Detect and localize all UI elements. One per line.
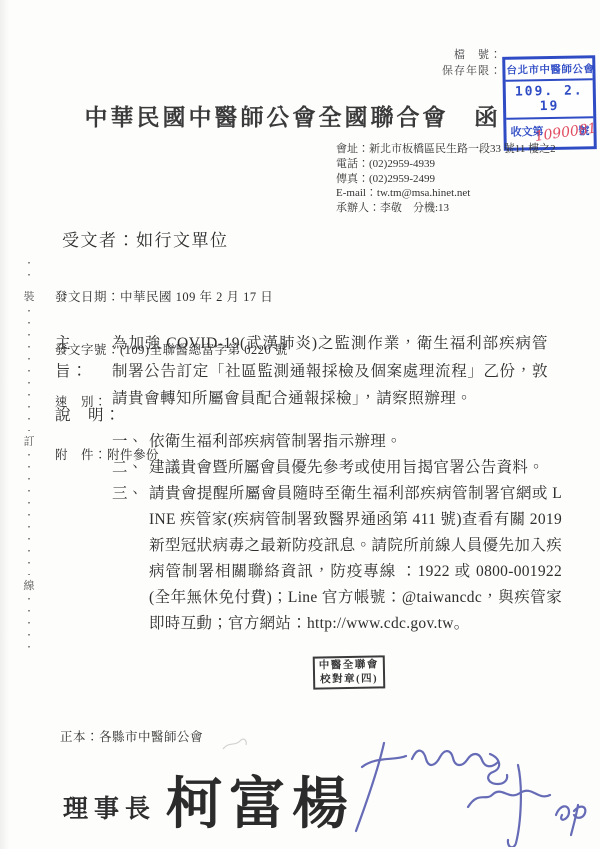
explanation-items: 一、 依衛生福利部疾病管制署指示辦理。 二、 建議貴會暨所屬會員優先參考或使用旨…: [112, 429, 562, 637]
item-number: 二、: [112, 455, 149, 481]
binding-mark-ding: 訂: [21, 431, 37, 451]
explanation-label: 說 明：: [55, 403, 121, 425]
item-text: 建議貴會暨所屬會員優先參考或使用旨揭官署公告資料。: [149, 455, 562, 481]
item-number: 一、: [112, 429, 149, 455]
binding-mark-xian: 線: [21, 575, 37, 595]
explanation-item-1: 一、 依衛生福利部疾病管制署指示辦理。: [112, 429, 562, 455]
explanation-item-3: 三、 請貴會提醒所屬會員隨時至衛生福利部疾病管制署官網或 LINE 疾管家(疾病…: [112, 481, 562, 637]
scanned-official-letter: 裝 訂 線 檔 號： 保存年限： 台北市中醫師公會 109. 2. 19 收文第…: [0, 0, 600, 849]
retention-label: 保存年限：: [408, 63, 502, 79]
copy-to-line: 正本：各縣市中醫師公會: [60, 727, 203, 745]
contact-block: 會址：新北市板橋區民生路一段33 號11 樓之2 電話：(02)2959-493…: [336, 142, 556, 216]
handwritten-annotation: [350, 735, 598, 847]
explanation-item-2: 二、 建議貴會暨所屬會員優先參考或使用旨揭官署公告資料。: [112, 455, 562, 481]
contact-email: E-mail：tw.tm@msa.hinet.net: [336, 186, 556, 201]
contact-fax: 傳真：(02)2959-2499: [336, 172, 556, 187]
proofreading-stamp-line1: 中醫全聯會: [319, 658, 379, 673]
signature-title: 理事長: [63, 789, 156, 825]
item-number: 三、: [112, 481, 149, 637]
issue-date-line: 發文日期：中華民國 109 年 2 月 17 日: [55, 289, 288, 307]
contact-handler: 承辦人：李敬 分機:13: [336, 201, 556, 216]
received-stamp-org: 台北市中醫師公會: [505, 58, 592, 82]
chairman-signature-name: 柯富楊: [166, 760, 355, 840]
subject-text: 為加強 COVID-19(武漢肺炎)之監測作業，衛生福利部疾病管制署公告訂定「社…: [112, 330, 548, 413]
recipient-line: 受文者：如行文單位: [62, 226, 229, 251]
archive-labels: 檔 號： 保存年限：: [408, 47, 502, 79]
contact-address: 會址：新北市板橋區民生路一段33 號11 樓之2: [336, 142, 556, 157]
signature-block: 理事長 柯富楊: [63, 760, 355, 840]
proofreading-stamp-line2: 校對章(四): [319, 672, 379, 687]
contact-phone: 電話：(02)2959-4939: [336, 157, 556, 172]
binding-mark-zhuang: 裝: [21, 286, 37, 306]
item-text: 依衛生福利部疾病管制署指示辦理。: [149, 429, 562, 455]
subject-row: 主 旨： 為加強 COVID-19(武漢肺炎)之監測作業，衛生福利部疾病管制署公…: [55, 330, 548, 413]
faint-pencil-mark: [220, 737, 250, 755]
proofreading-stamp: 中醫全聯會 校對章(四): [313, 655, 386, 689]
subject-label: 主 旨：: [55, 330, 112, 413]
document-title: 中華民國中醫師公會全國聯合會 函: [0, 99, 585, 132]
archive-no-label: 檔 號：: [408, 47, 502, 63]
item-text: 請貴會提醒所屬會員隨時至衛生福利部疾病管制署官網或 LINE 疾管家(疾病管制署…: [149, 481, 562, 637]
